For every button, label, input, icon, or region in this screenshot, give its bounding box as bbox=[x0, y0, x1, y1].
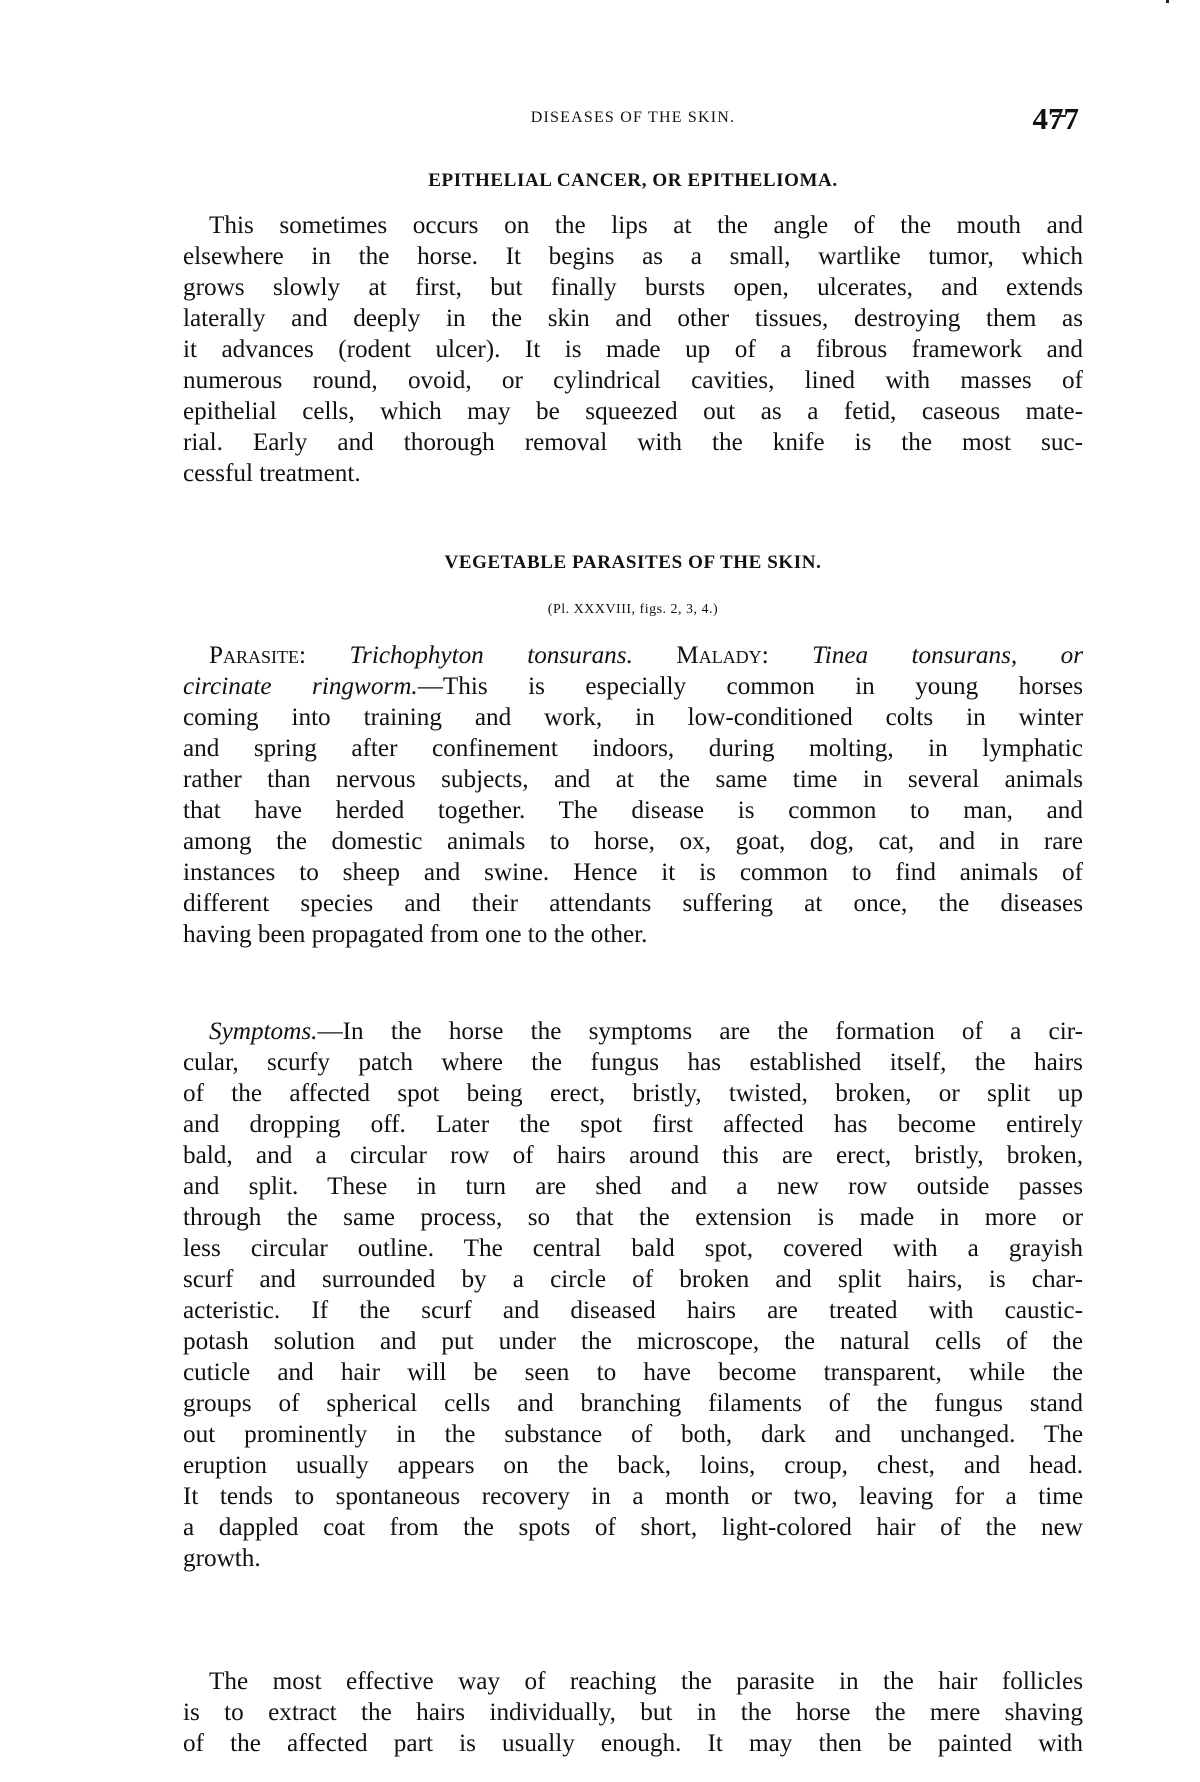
text-line: scurf and surrounded by a circle of brok… bbox=[183, 1264, 1083, 1295]
text-line: and split. These in turn are shed and a … bbox=[183, 1171, 1083, 1202]
text-line: laterally and deeply in the skin and oth… bbox=[183, 303, 1083, 334]
text-line: is to extract the hairs individually, bu… bbox=[183, 1697, 1083, 1728]
paragraph-treatment: The most effective way of reaching the p… bbox=[183, 1666, 1083, 1759]
text-line: elsewhere in the horse. It begins as a s… bbox=[183, 241, 1083, 272]
text-line: cuticle and hair will be seen to have be… bbox=[183, 1357, 1083, 1388]
malady-label: Malady bbox=[676, 642, 761, 669]
text-line: through the same process, so that the ex… bbox=[183, 1202, 1083, 1233]
text-line: acteristic. If the scurf and diseased ha… bbox=[183, 1295, 1083, 1326]
text-line: rial. Early and thorough removal with th… bbox=[183, 427, 1083, 458]
text-line: instances to sheep and swine. Hence it i… bbox=[183, 857, 1083, 888]
text-line: and dropping off. Later the spot first a… bbox=[183, 1109, 1083, 1140]
text-line: grows slowly at first, but finally burst… bbox=[183, 272, 1083, 303]
text-line: of the affected spot being erect, bristl… bbox=[183, 1078, 1083, 1109]
text-fragment: —In the horse the symptoms are the forma… bbox=[317, 1018, 1083, 1045]
text-line: The most effective way of reaching the p… bbox=[183, 1666, 1083, 1697]
text-line: Symptoms.—In the horse the symptoms are … bbox=[183, 1016, 1083, 1047]
text-line: eruption usually appears on the back, lo… bbox=[183, 1450, 1083, 1481]
parasite-label: Parasite bbox=[209, 642, 299, 669]
text-line: epithelial cells, which may be squeezed … bbox=[183, 396, 1083, 427]
text-line: groups of spherical cells and branching … bbox=[183, 1388, 1083, 1419]
text-line: It tends to spontaneous recovery in a mo… bbox=[183, 1481, 1083, 1512]
parasite-name: Trichophyton tonsurans. bbox=[349, 642, 632, 669]
plate-reference: (Pl. XXXVIII, figs. 2, 3, 4.) bbox=[183, 602, 1083, 618]
paragraph-epithelioma: This sometimes occurs on the lips at the… bbox=[183, 210, 1083, 489]
text-line: a dappled coat from the spots of short, … bbox=[183, 1512, 1083, 1543]
page-number: 477 bbox=[1033, 101, 1080, 137]
text-line: circinate ringworm.—This is especially c… bbox=[183, 671, 1083, 702]
text-line: it advances (rodent ulcer). It is made u… bbox=[183, 334, 1083, 365]
text-fragment: —This is especially common in young hors… bbox=[418, 673, 1083, 700]
section-heading-vegetable-parasites: VEGETABLE PARASITES OF THE SKIN. bbox=[183, 552, 1083, 574]
symptoms-label: Symptoms. bbox=[209, 1018, 317, 1045]
text-line: rather than nervous subjects, and at the… bbox=[183, 764, 1083, 795]
text-line: cessful treatment. bbox=[183, 458, 1083, 489]
text-line: different species and their attendants s… bbox=[183, 888, 1083, 919]
malady-name: Tinea tonsurans, or bbox=[812, 642, 1083, 669]
text-line: growth. bbox=[183, 1543, 1083, 1574]
text-line: numerous round, ovoid, or cylindrical ca… bbox=[183, 365, 1083, 396]
scan-speck bbox=[1166, 0, 1169, 3]
running-title: DISEASES OF THE SKIN. bbox=[183, 109, 1083, 127]
text-line: among the domestic animals to horse, ox,… bbox=[183, 826, 1083, 857]
text-line: of the affected part is usually enough. … bbox=[183, 1728, 1083, 1759]
text-line: This sometimes occurs on the lips at the… bbox=[183, 210, 1083, 241]
text-line: cular, scurfy patch where the fungus has… bbox=[183, 1047, 1083, 1078]
text-line: coming into training and work, in low-co… bbox=[183, 702, 1083, 733]
text-line: potash solution and put under the micros… bbox=[183, 1326, 1083, 1357]
text-line: out prominently in the substance of both… bbox=[183, 1419, 1083, 1450]
scan-speck bbox=[1052, 115, 1066, 117]
text-line: less circular outline. The central bald … bbox=[183, 1233, 1083, 1264]
text-line: and spring after confinement indoors, du… bbox=[183, 733, 1083, 764]
section-heading-epithelioma: EPITHELIAL CANCER, OR EPITHELIOMA. bbox=[183, 170, 1083, 192]
malady-name-cont: circinate ringworm. bbox=[183, 673, 418, 700]
running-head: DISEASES OF THE SKIN. 477 bbox=[183, 103, 1083, 143]
parasite-malady-line: Parasite: Trichophyton tonsurans. Malady… bbox=[183, 640, 1083, 671]
text-line: bald, and a circular row of hairs around… bbox=[183, 1140, 1083, 1171]
paragraph-ringworm: Parasite: Trichophyton tonsurans. Malady… bbox=[183, 640, 1083, 950]
paragraph-symptoms: Symptoms.—In the horse the symptoms are … bbox=[183, 1016, 1083, 1574]
text-line: that have herded together. The disease i… bbox=[183, 795, 1083, 826]
text-line: having been propagated from one to the o… bbox=[183, 919, 1083, 950]
